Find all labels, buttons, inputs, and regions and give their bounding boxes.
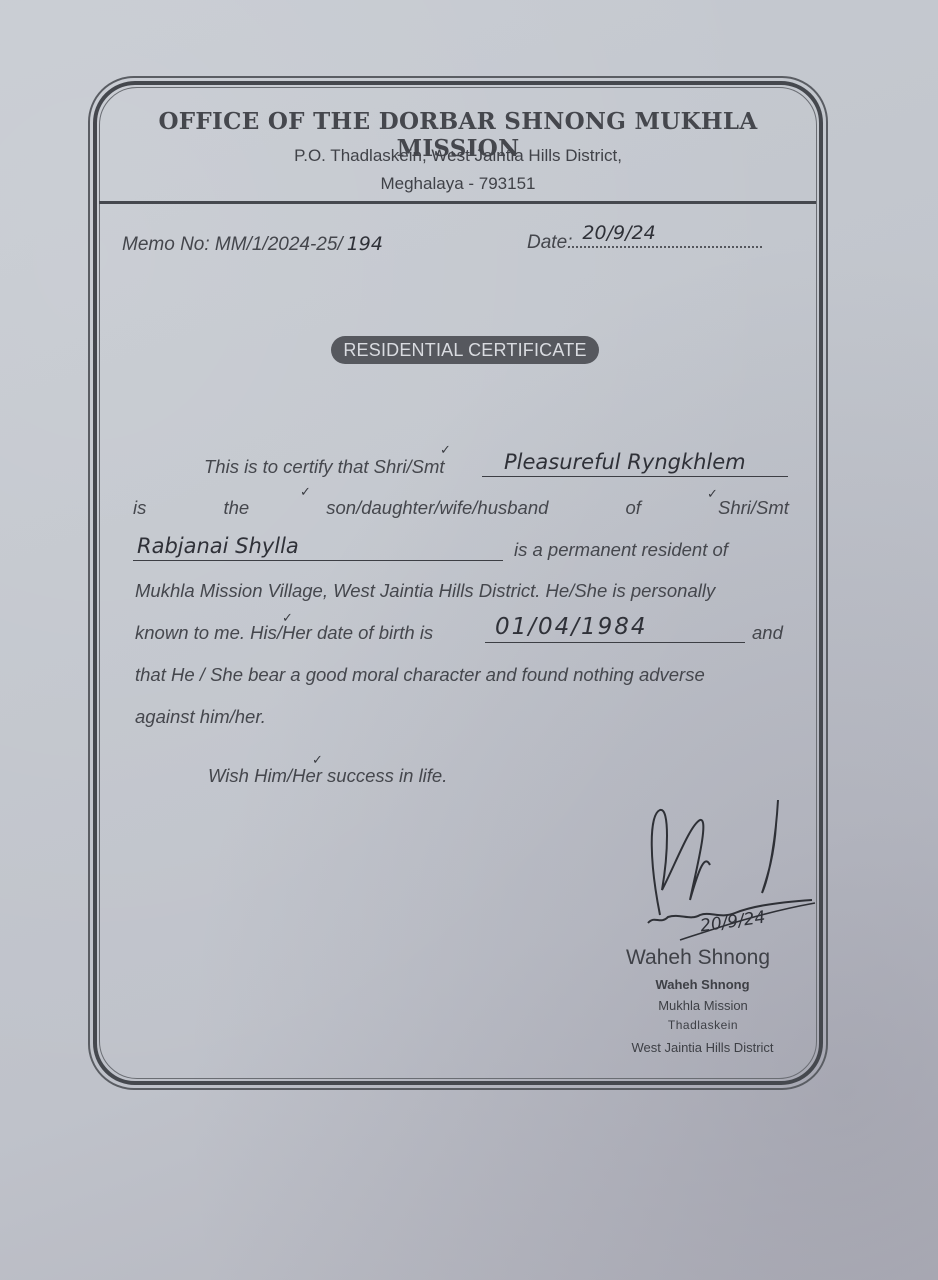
check-mark-icon: ✓	[440, 442, 451, 458]
check-mark-icon: ✓	[300, 484, 311, 500]
against-text: against him/her.	[135, 706, 266, 728]
relation-options: son/daughter/wife/husband	[326, 497, 548, 519]
character-text: that He / She bear a good moral characte…	[135, 664, 705, 686]
person-name-field: Pleasureful Ryngkhlem	[482, 452, 788, 477]
check-mark-icon: ✓	[707, 486, 718, 502]
parent-name-handwritten: Rabjanai Shylla	[137, 534, 299, 558]
stamp-line-post-office: Thadlaskein	[598, 1018, 808, 1032]
certificate-type-badge: RESIDENTIAL CERTIFICATE	[331, 336, 599, 364]
village-text: Mukhla Mission Village, West Jaintia Hil…	[135, 580, 715, 602]
resident-text: is a permanent resident of	[514, 539, 728, 561]
certify-intro: This is to certify that Shri/Smt	[204, 456, 445, 478]
word-the: the	[223, 497, 249, 519]
memo-label: Memo No: MM/1/2024-25/	[122, 234, 343, 255]
word-is: is	[133, 497, 146, 519]
and-text: and	[752, 622, 783, 644]
relation-line: is the son/daughter/wife/husband of Shri…	[133, 497, 789, 519]
date-label: Date:	[527, 232, 572, 253]
stamp-line-title: Waheh Shnong	[600, 977, 805, 992]
date-field: Date:20/9/24	[527, 230, 762, 254]
closing-wish: Wish Him/Her success in life.	[208, 765, 447, 787]
check-mark-icon: ✓	[282, 610, 293, 626]
header-divider	[99, 201, 816, 204]
address-line-1: P.O. Thadlaskein, West Jaintia Hills Dis…	[100, 146, 816, 166]
dob-handwritten: 01/04/1984	[495, 614, 648, 640]
memo-number: Memo No: MM/1/2024-25/194	[122, 233, 383, 256]
stamp-line-village: Mukhla Mission	[598, 998, 808, 1013]
dob-field: 01/04/1984	[485, 618, 745, 643]
parent-name-field: Rabjanai Shylla	[133, 536, 503, 561]
address-line-2: Meghalaya - 793151	[100, 174, 816, 194]
memo-number-handwritten: 194	[347, 233, 383, 255]
date-dotted-line: 20/9/24	[572, 230, 762, 248]
stamp-line-district: West Jaintia Hills District	[590, 1040, 815, 1055]
parent-title: Shri/Smt	[718, 497, 789, 519]
date-handwritten: 20/9/24	[582, 222, 655, 244]
word-of: of	[626, 497, 641, 519]
check-mark-icon: ✓	[312, 752, 323, 768]
person-name-handwritten: Pleasureful Ryngkhlem	[504, 450, 746, 474]
signer-name: Waheh Shnong	[626, 946, 770, 970]
